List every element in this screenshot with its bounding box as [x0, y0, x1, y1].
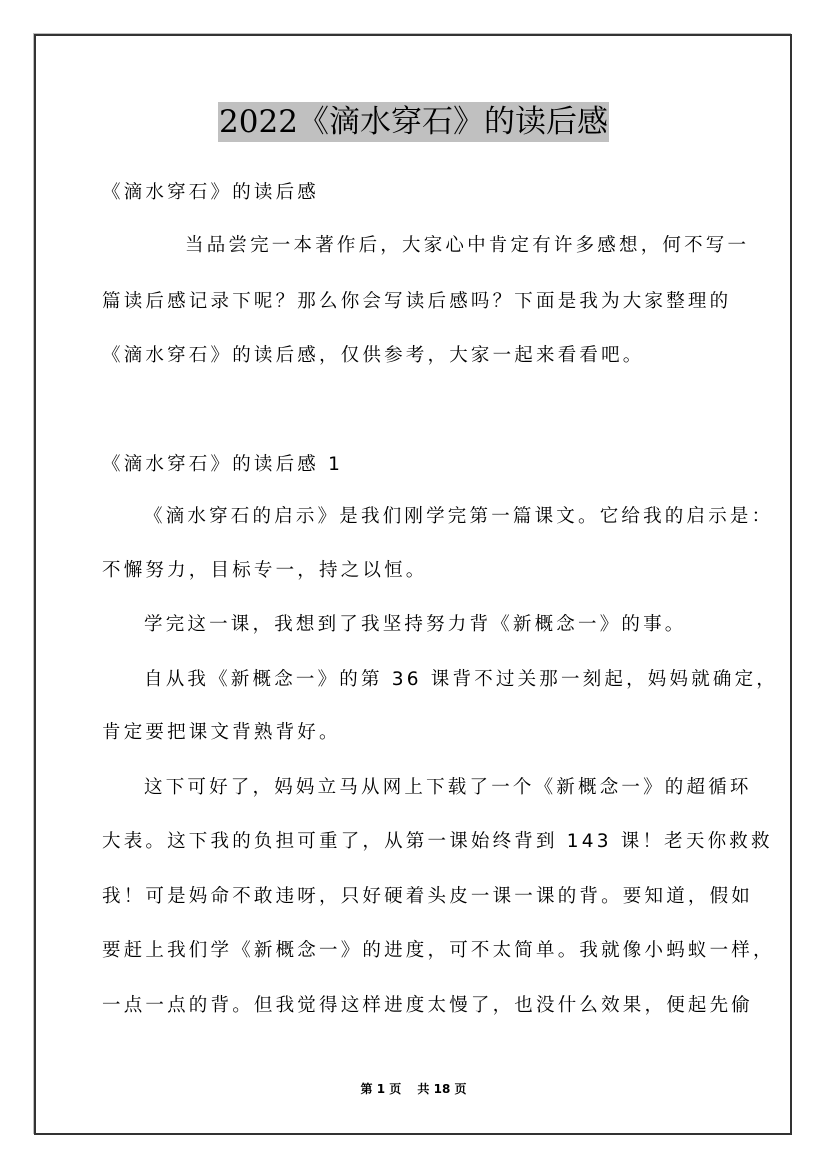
text-line: 《滴水穿石》的读后感 1: [102, 453, 747, 477]
document-title: 2022《滴水穿石》的读后感: [218, 102, 609, 142]
current-page-indicator: 第 1 页: [361, 1082, 402, 1096]
text-line: 《滴水穿石的启示》是我们刚学完第一篇课文。它给我的启示是：: [144, 505, 747, 529]
page-footer: 第 1 页 共 18 页: [0, 1081, 827, 1097]
text-line: 这下可好了，妈妈立马从网上下载了一个《新概念一》的超循环: [144, 776, 747, 800]
text-line: 我！可是妈命不敢违呀，只好硬着头皮一课一课的背。要知道，假如: [102, 885, 747, 909]
title-container: 2022《滴水穿石》的读后感: [0, 102, 827, 142]
text-line: 大表。这下我的负担可重了，从第一课始终背到 143 课！老天你救救: [102, 830, 747, 854]
text-line: 自从我《新概念一》的第 36 课背不过关那一刻起，妈妈就确定，: [144, 668, 747, 692]
total-pages-indicator: 共 18 页: [417, 1082, 466, 1096]
text-line: 肯定要把课文背熟背好。: [102, 721, 747, 745]
text-line: 篇读后感记录下呢？那么你会写读后感吗？下面是我为大家整理的: [102, 290, 747, 314]
text-line: 要赶上我们学《新概念一》的进度，可不太简单。我就像小蚂蚁一样，: [102, 939, 747, 963]
text-line: 《滴水穿石》的读后感: [102, 181, 747, 205]
text-line: 当品尝完一本著作后，大家心中肯定有许多感想，何不写一: [185, 234, 747, 258]
text-line: 一点一点的背。但我觉得这样进度太慢了，也没什么效果，便起先偷: [102, 994, 747, 1018]
text-line: 不懈努力，目标专一，持之以恒。: [102, 559, 747, 583]
text-line: 《滴水穿石》的读后感，仅供参考，大家一起来看看吧。: [102, 344, 747, 368]
text-line: 学完这一课，我想到了我坚持努力背《新概念一》的事。: [144, 613, 747, 637]
